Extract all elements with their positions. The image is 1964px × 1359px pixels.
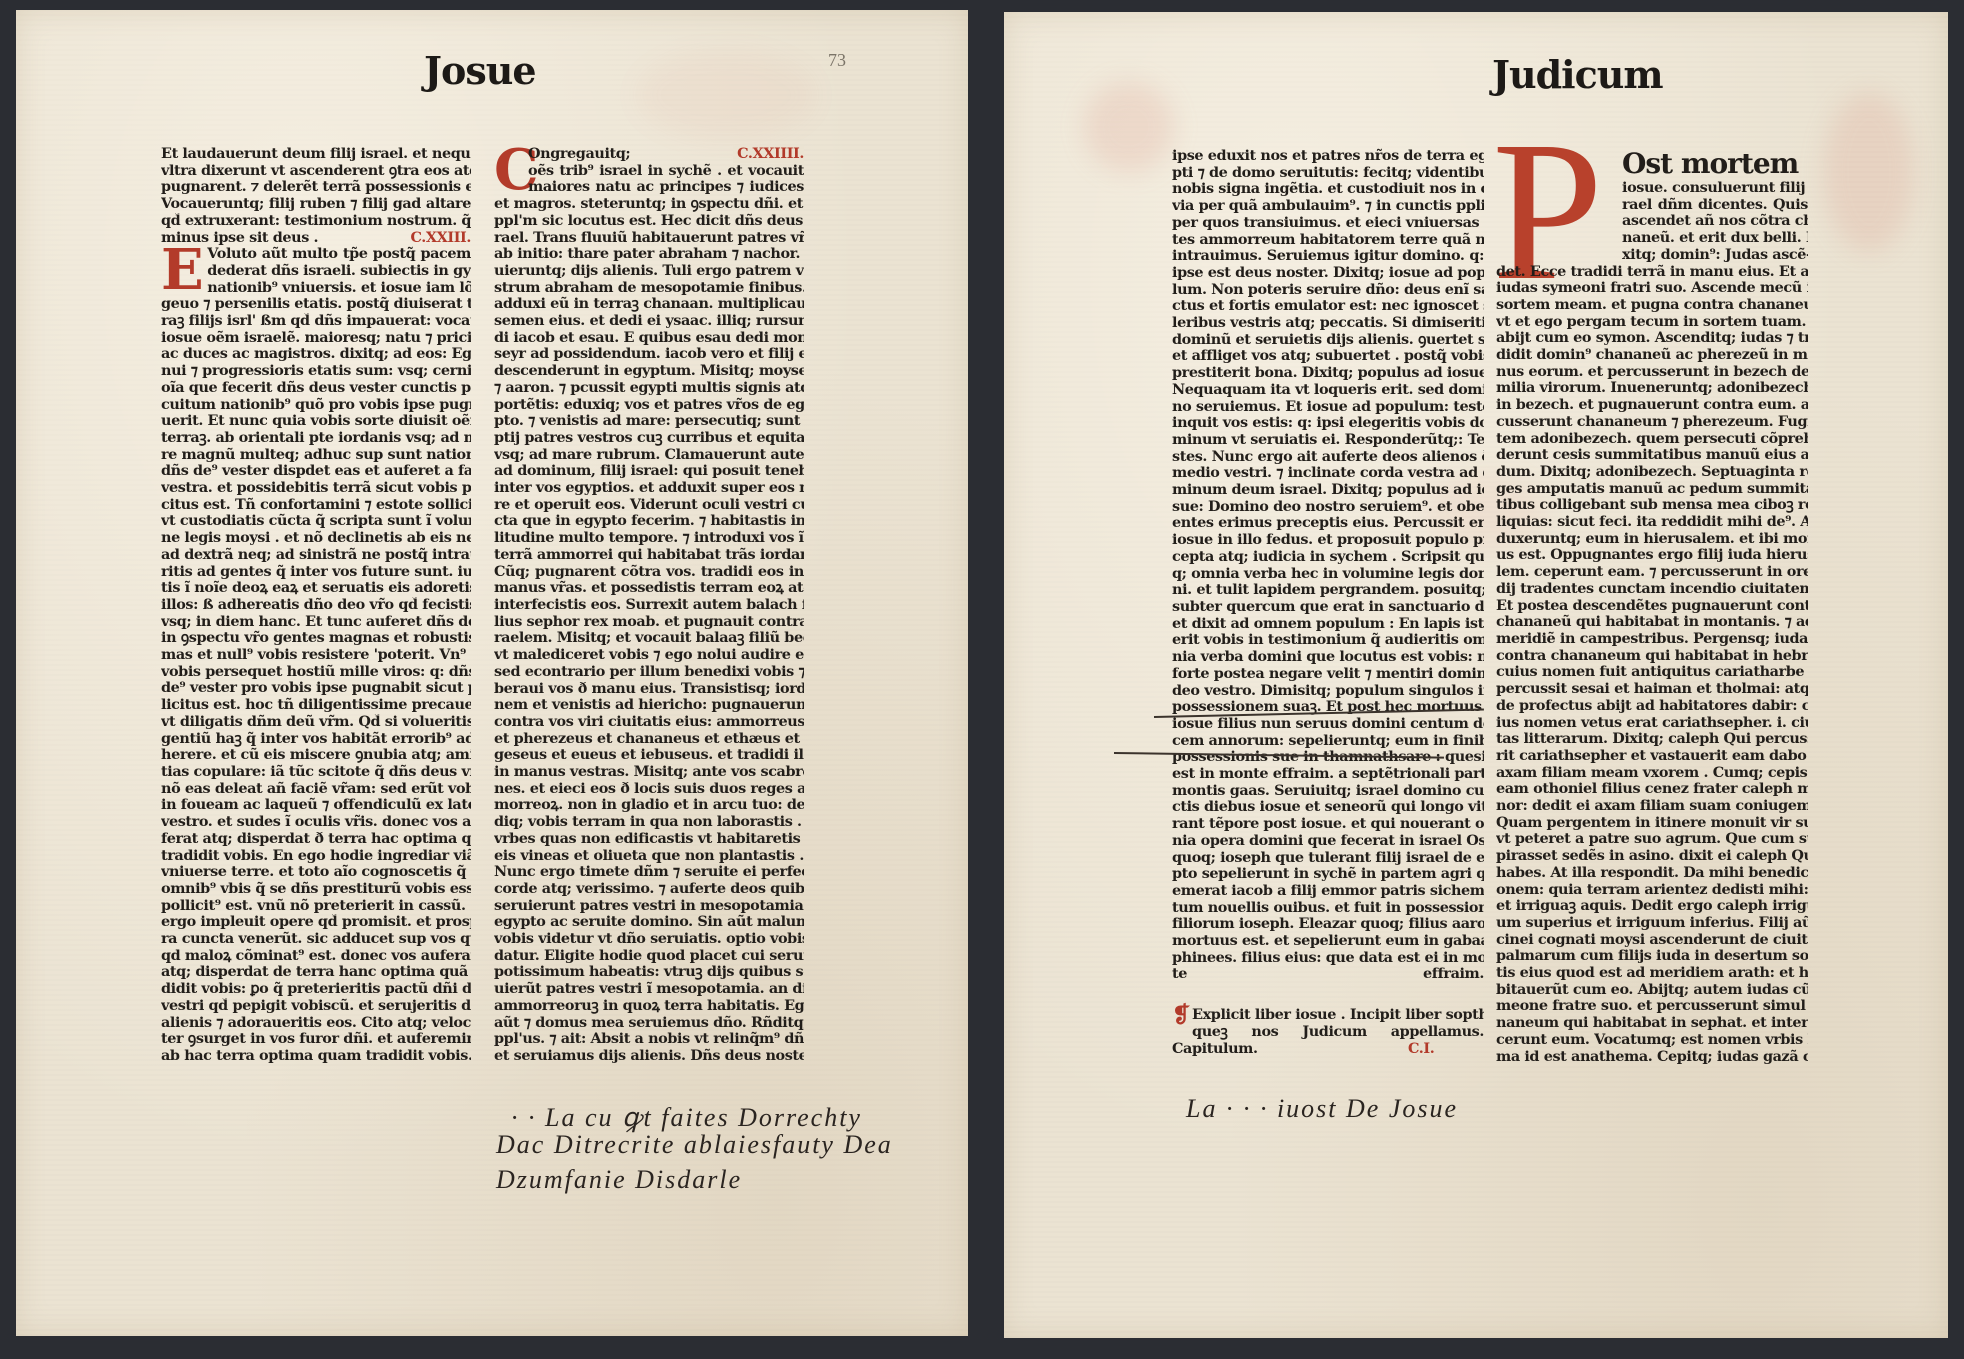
text-line: det. Ecce tradidi terrã in manu eius. Et…	[1496, 264, 1808, 281]
initial-letter-e: E	[161, 248, 203, 293]
text-line: derunt cesis summitatibus manuũ eius ac …	[1496, 447, 1808, 464]
text-line: meone fratre suo. et percusserunt simul …	[1496, 998, 1808, 1015]
text-line: in foueam ac laqueũ ⁊ offendiculũ ex lat…	[161, 797, 471, 814]
text-line: milia virorum. Inueneruntq; adonibezech.	[1496, 380, 1808, 397]
text-line: habes. At illa respondit. Da mihi benedi…	[1496, 865, 1808, 882]
text-line: eam othoniel filius cenez frater caleph …	[1496, 781, 1808, 798]
text-line: pirasset sedẽs in asino. dixit ei caleph…	[1496, 848, 1808, 865]
text-line: pti ⁊ de domo seruitutis: fecitq; vident…	[1172, 165, 1484, 182]
text-line: contra vos viri ciuitatis eius: ammorreu…	[494, 714, 804, 731]
text-line: ius nomen vetus erat cariathsepher. i. c…	[1496, 715, 1808, 732]
text-line: strum abraham de mesopotamie finibus. et	[494, 280, 804, 297]
text-line: medio vestri. ⁊ inclinate corda vestra a…	[1172, 465, 1484, 482]
text-line: ergo impleuit opere qd̃ promisit. et pro…	[161, 914, 471, 931]
text-line: deo vestro. Dimisitq; populum singulos i…	[1172, 683, 1484, 700]
text-line: potissimum habeatis: vtruꝫ dijs quibus s…	[494, 964, 804, 981]
text-line: nia verba domini que locutus est vobis: …	[1172, 649, 1484, 666]
text-line: vestri qd̃ pepigit vobiscũ. et serujerit…	[161, 998, 471, 1015]
text-line: eis vineas et oliueta que non plantastis…	[494, 848, 804, 865]
text-line: iosue. consuluerunt filij is-	[1622, 180, 1808, 197]
text-line: de profectus abijt ad habitatores dabir:…	[1496, 698, 1808, 715]
text-line: xitq; domin⁹: Judas ascẽ-	[1622, 247, 1808, 264]
text-line: duxeruntq; eum in hierusalem. et ibi mor…	[1496, 531, 1808, 548]
text-line: tias copulare: iã tũc scitote q̃ dñs deu…	[161, 764, 471, 781]
text-line: manus vr̃as. et possedistis terram eoꝝ a…	[494, 580, 804, 597]
text-line: didit vobis: ꝑo q̃ preterieritis pactũ d…	[161, 981, 471, 998]
text-line: cepta atq; iudicia in sychem . Scripsit …	[1172, 549, 1484, 566]
text-line: vt malediceret vobis ⁊ ego nolui audire …	[494, 647, 804, 664]
text-line: tas litterarum. Dixitq; caleph Qui percu…	[1496, 731, 1808, 748]
incipit-ost-mortem: Ost mortem	[1622, 148, 1808, 180]
text-line: stes. Nunc ergo ait auferte deos alienos…	[1172, 449, 1484, 466]
text-line: montis gaas. Seruiuitq; israel domino cu…	[1172, 783, 1484, 800]
text-line: emerat iacob a filij emmor patris sichem…	[1172, 883, 1484, 900]
text-line: contra chananeum qui habitabat in hebron	[1496, 648, 1808, 665]
text-line: pollicit⁹ est. vnũ nõ preterierit in cas…	[161, 898, 471, 915]
text-line: te effraim.	[1172, 966, 1484, 983]
text-line: morreoꝝ. non in gladio et in arcu tuo: d…	[494, 797, 804, 814]
chapter-xxiii-text: Voluto aũt multo tp̃e postq̃ pacemdedera…	[161, 246, 471, 1064]
text-line: gentiũ haꝫ q̃ inter vos habitãt errorib⁹…	[161, 731, 471, 748]
text-line: re magnũ multeq; adhuc sup sunt nationes	[161, 447, 471, 464]
text-line: ra cuncta venerũt. sic adducet sup vos q…	[161, 931, 471, 948]
text-line: seyr ad possidendum. iacob vero et filij…	[494, 346, 804, 363]
text-line: iosue oẽm israelẽ. maioresq; natu ⁊ pric…	[161, 330, 471, 347]
text-line: vestra. et possidebitis terrã sicut vobi…	[161, 480, 471, 497]
text-line: ab initio: thare pater abraham ⁊ nachor.…	[494, 246, 804, 263]
text-line: minum vt seruiatis ei. Responderũtq;: Te…	[1172, 432, 1484, 449]
text-line: ferat atq; disperdat ð terra hac optima …	[161, 831, 471, 848]
rubric-paraph-icon: ❡	[1172, 1007, 1190, 1025]
text-line: nor: dedit ei axam filiam suam coniugem.	[1496, 798, 1808, 815]
text-line: nes. et eieci eos ð locis suis duos rege…	[494, 781, 804, 798]
text-line: atq; disperdat de terra hanc optima quã …	[161, 964, 471, 981]
text-line: onem: quia terram arientez dedisti mihi:…	[1496, 882, 1808, 899]
text-line: cem annorum: sepelieruntq; eum in finibu…	[1172, 733, 1484, 750]
text-line: pto. ⁊ venistis ad mare: persecutiq; sun…	[494, 413, 804, 430]
explicit-block: ❡ Explicit liber iosue . Incipit liber s…	[1172, 1007, 1484, 1057]
text-line: iudas symeoni fratri suo. Ascende mecũ i…	[1496, 280, 1808, 297]
text-line: et seruiamus dijs alienis. Dñs deus nost…	[494, 1048, 804, 1065]
text-line: iosue in illo fedus. et proposuit populo…	[1172, 532, 1484, 549]
text-line: rant tẽpore post iosue. et qui nouerant …	[1172, 816, 1484, 833]
text-line: dij tradentes cunctam incendio ciuitatem…	[1496, 581, 1808, 598]
text-line: vt peteret a patre suo agrum. Que cum su…	[1496, 831, 1808, 848]
text-line: ritis ad gentes q̃ inter vos future sunt…	[161, 564, 471, 581]
text-line: forte postea negare velit ⁊ mentiri domi…	[1172, 666, 1484, 683]
text-line: lius sephor rex moab. et pugnauit contra…	[494, 614, 804, 631]
text-line: ter ꝯsurget in vos furor dñi. et auferem…	[161, 1031, 471, 1048]
text-line: terraꝫ. ab orientali pte iordanis vsq; a…	[161, 430, 471, 447]
text-line: rael dñm dicentes. Quis	[1622, 197, 1808, 214]
text-line: nõ eas deleat añ faciẽ vr̃am: sed erũt v…	[161, 781, 471, 798]
text-line: nui ⁊ progressioris etatis sum: vsq; cer…	[161, 363, 471, 380]
text-line: tis eius quod est ad meridiem arath: et …	[1496, 965, 1808, 982]
text-line: oĩa que fecerit dñs deus vester cunctis …	[161, 380, 471, 397]
text-line: quoq; ioseph que tulerant filij israel d…	[1172, 850, 1484, 867]
text-line: cusserunt chananeum ⁊ pherezeum. Fugit a…	[1496, 414, 1808, 431]
text-line: ipse eduxit nos et patres nr̃os de terra…	[1172, 148, 1484, 165]
text-line: meridiẽ in campestribus. Pergensq; iudas	[1496, 631, 1808, 648]
text-line: raꝫ filijs isrl' ßm qd̃ dñs impauerat: v…	[161, 313, 471, 330]
text-line: pto sepelierunt in sychẽ in partem agri …	[1172, 866, 1484, 883]
chapter-label-xxiiii: C.XXIIII.	[733, 146, 804, 163]
text-line: sed econtrario per illum benedixi vobis …	[494, 664, 804, 681]
text-line: in manus vestras. Misitq; ante vos scabr…	[494, 764, 804, 781]
text-line: abijt cum eo symon. Ascenditq; iudas ⁊ t…	[1496, 330, 1808, 347]
text-line: ptij patres vestros cuꝫ curribus et equi…	[494, 430, 804, 447]
text-line: tradidit vobis. En ego hodie ingrediar v…	[161, 848, 471, 865]
text-line: tes ammorreum habitatorem terre quã nos	[1172, 232, 1484, 249]
text-line: tibus colligebant sub mensa mea ciboꝫ re	[1496, 497, 1808, 514]
text-line: ni. et tulit lapidem pergrandem. posuitq…	[1172, 582, 1484, 599]
text-line: egypto ac seruite domino. Sin aũt malum	[494, 914, 804, 931]
text-line: via per quã ambulauim⁹. ⁊ in cunctis ppl…	[1172, 198, 1484, 215]
text-line: vt diligatis dñm deũ vr̃m. Qd̃ si voluer…	[161, 714, 471, 731]
text-line: in bezech. et pugnauerunt contra eum. ac…	[1496, 397, 1808, 414]
left-column-1: Et laudauerunt deum filij israel. et neq…	[161, 146, 471, 1065]
text-line: illos: ß adhereatis dño deo vr̃o qd̃ fec…	[161, 597, 471, 614]
initial-letter-c: C	[494, 148, 524, 193]
text-line: ppl'm sic locutus est. Hec dicit dñs deu…	[494, 213, 804, 230]
chapter-heading-row: minus ipse sit deus . C.XXIII.	[161, 230, 471, 247]
text-line: iosue filius nun seruus domini centum de…	[1172, 716, 1484, 733]
left-page-leaf: Josue 73 Et laudauerunt deum filij israe…	[16, 10, 968, 1336]
text-line: adduxi eũ in terraꝫ chanaan. multiplicau…	[494, 296, 804, 313]
text-line: tis ĩ noĩe deoꝝ eaꝝ et seruatis eis ador…	[161, 580, 471, 597]
text-line: queꝫ nos Judicum appellamus.	[1192, 1024, 1484, 1041]
text-line: raelem. Misitq; et vocauit balaaꝫ filiũ …	[494, 630, 804, 647]
handwriting-line: Dzumfanie Disdarle	[496, 1165, 742, 1195]
text-line: Vocaueruntq; filij ruben ⁊ filij gad alt…	[161, 196, 471, 213]
text-line: vsq; in diem hanc. Et tunc auferet dñs d…	[161, 614, 471, 631]
text-line: nationib⁹ vniuersis. et iosue iam lõ	[207, 280, 471, 297]
text-line: semen eius. et dedi ei ysaac. illiq; rur…	[494, 313, 804, 330]
text-line: prestiterit bona. Dixitq; populus ad ios…	[1172, 365, 1484, 382]
text-line: per quos transiuimus. et eieci vniuersas…	[1172, 215, 1484, 232]
text-line: naneum qui habitabat in sephat. et inter…	[1496, 1015, 1808, 1032]
text-line: mortuus est. et sepelierunt eum in gabaa…	[1172, 933, 1484, 950]
text-line: subter quercum que erat in sanctuario dñ…	[1172, 599, 1484, 616]
text-line: ac duces ac magistros. dixitq; ad eos: E…	[161, 346, 471, 363]
text-line: re et operuit eos. Viderunt oculi vestri…	[494, 497, 804, 514]
text-line: vrbes quas non edificastis vt habitareti…	[494, 831, 804, 848]
text-line: alienis ⁊ adoraueritis eos. Cito atq; ve…	[161, 1015, 471, 1032]
text-line: ctus et fortis emulator est: nec ignosce…	[1172, 298, 1484, 315]
text-line: cuius nomen fuit antiquitus cariatharbe …	[1496, 664, 1808, 681]
text-line: mas et null⁹ vobis resistere 'poterit. V…	[161, 647, 471, 664]
text-line: rael. Trans fluuiũ habitauerunt patres v…	[494, 230, 804, 247]
text-line: vobis persequet hostiũ mille viros: q: d…	[161, 664, 471, 681]
text-line: ipse est deus noster. Dixitq; iosue ad p…	[1172, 265, 1484, 282]
text-line: tum nouellis ouibus. et fuit in possessi…	[1172, 900, 1484, 917]
text-line: maiores natu ac principes ⁊ iudices	[528, 179, 804, 196]
text-line: omnib⁹ vbis q̃ se dñs prestiturũ vobis e…	[161, 881, 471, 898]
text-line: ctis diebus iosue et seneorũ qui longo v…	[1172, 799, 1484, 816]
left-column-2: C C.XXIIII. Ongregauitq; iosueoẽs trib⁹ …	[494, 146, 804, 1065]
text-line: rit cariathsepher et vastauerit eam dabo…	[1496, 748, 1808, 765]
text-line: cuitum nationib⁹ quõ pro vobis ipse pugn…	[161, 397, 471, 414]
text-line: Cũq; pugnarent cõtra vos. tradidi eos in	[494, 564, 804, 581]
text-line: q; omnia verba hec in volumine legis dom…	[1172, 566, 1484, 583]
text-line: citus est. Tñ confortamini ⁊ estote soll…	[161, 497, 471, 514]
text-line: Nunc ergo timete dñm ⁊ seruite ei perfec…	[494, 864, 804, 881]
text-line: axam filiam meam vxorem . Cumq; cepisset	[1496, 765, 1808, 782]
text-line: um superius et irriguum inferius. Filij …	[1496, 915, 1808, 932]
text-line: entes erimus preceptis eius. Percussit e…	[1172, 515, 1484, 532]
text-line: sortem meam. et pugna contra chananeum	[1496, 297, 1808, 314]
text-line: qd maloꝝ cõminat⁹ est. donec vos auferat	[161, 948, 471, 965]
text-line: Voluto aũt multo tp̃e postq̃ pacem	[207, 246, 471, 263]
running-head-josue: Josue	[424, 48, 536, 93]
text-line: pugnarent. ⁊ delerẽt terrã possessionis …	[161, 179, 471, 196]
text-line: cinei cognati moysi ascenderunt de ciuit…	[1496, 932, 1808, 949]
text-line: et pherezeus et chananeus et ethæus et g…	[494, 731, 804, 748]
text-line: ad dextrã neq; ad sinistrã ne postq̃ int…	[161, 547, 471, 564]
text-line: vestro. et sudes ĩ oculis vr̃is. donec v…	[161, 814, 471, 831]
text-line: lum. Non poteris seruire dño: deus enĩ s…	[1172, 282, 1484, 299]
text-line: Et laudauerunt deum filij israel. et neq…	[161, 146, 471, 163]
right-column-1: ipse eduxit nos et patres nr̃os de terra…	[1172, 148, 1484, 1057]
text-line: didit domin⁹ chananeũ ac pherezeũ in ma-	[1496, 347, 1808, 364]
text-line: ne legis moysi . et nõ declinetis ab eis…	[161, 530, 471, 547]
chapter-label-xxiii: C.XXIII.	[410, 230, 471, 247]
text-line: liquias: sicut feci. ita reddidit mihi d…	[1496, 514, 1808, 531]
text-line: vniuerse terre. et toto aĩo cognoscetis …	[161, 864, 471, 881]
text-line: chananeũ qui habitabat in montanis. ⁊ ad	[1496, 614, 1808, 631]
text-line: vltra dixerunt vt ascenderent ꝯtra eos a…	[161, 163, 471, 180]
judicum-chapter-i-text: iosue. consuluerunt filij is-rael dñm di…	[1496, 180, 1808, 1065]
text-line: Capitulum.	[1172, 1041, 1484, 1058]
text-line: corde atq; verissimo. ⁊ auferte deos qui…	[494, 881, 804, 898]
text-line: uerit. Et nunc quia vobis sorte diuisit …	[161, 413, 471, 430]
text-line: oẽs trib⁹ israel in sychẽ . et vocauit	[528, 163, 804, 180]
text-line: inter vos egyptios. et adduxit super eos…	[494, 480, 804, 497]
text-line: portẽtis: eduxiq; vos et patres vr̃os de…	[494, 397, 804, 414]
text-line: tem adonibezech. quem persecuti cõprehẽ	[1496, 431, 1808, 448]
text-line: dederat dñs israeli. subiectis in gyro	[207, 263, 471, 280]
text-line: bitauerũt cum eo. Abijtq; autem iudas cũ…	[1496, 982, 1808, 999]
text-line: diq; vobis terram in qua non laborastis …	[494, 814, 804, 831]
text-line: et dixit ad omnem populum : En lapis ist…	[1172, 616, 1484, 633]
text-line: litudine multo tempore. ⁊ introduxi vos …	[494, 530, 804, 547]
text-line: lem. ceperunt eam. ⁊ percusserunt in ore…	[1496, 564, 1808, 581]
text-line: vsq; ad mare rubrum. Clamauerunt autem	[494, 447, 804, 464]
text-line: geseus et eueus et iebuseus. et tradidi …	[494, 747, 804, 764]
text-line: uieruntq; dijs alienis. Tuli ergo patrem…	[494, 263, 804, 280]
text-line: palmarum cum filijs iuda in desertum sor…	[1496, 948, 1808, 965]
text-line: sue: Domino deo nostro seruiem⁹. et obed…	[1172, 499, 1484, 516]
running-head-judicum: Judicum	[1492, 52, 1663, 97]
text-line: et irriguaꝫ aquis. Dedit ergo caleph irr…	[1496, 898, 1808, 915]
text-line: intrauimus. Seruiemus igitur domino. q:	[1172, 248, 1484, 265]
text-line: ma id est anathema. Cepitq; iudas gazã c…	[1496, 1049, 1808, 1066]
text-line: nus eorum. et percusserunt in bezech dec…	[1496, 364, 1808, 381]
right-page-leaf: Judicum ipse eduxit nos et patres nr̃os …	[1004, 12, 1948, 1338]
text-line: vobis videtur vt dño seruiatis. optio vo…	[494, 931, 804, 948]
josue-conclusion-text: ipse eduxit nos et patres nr̃os de terra…	[1172, 148, 1484, 983]
text-line: nem et venistis ad hiericho: pugnauerunt…	[494, 697, 804, 714]
explicit-text: Explicit liber iosue . Incipit liber sop…	[1172, 1007, 1484, 1057]
text-line: ad dominum, filij israel: qui posuit ten…	[494, 463, 804, 480]
text-line: ges amputatis manuũ ac pedum summita	[1496, 481, 1808, 498]
text-line: erit vobis in testimonium q̃ audieritis …	[1172, 632, 1484, 649]
text-line: in ꝯspectu vr̃o gentes magnas et robusti…	[161, 630, 471, 647]
text-line: cta que in egypto fecerim. ⁊ habitastis …	[494, 513, 804, 530]
right-column-2: Ost mortem iosue. consuluerunt filij is-…	[1496, 148, 1808, 1065]
text-line: ab hac terra optima quam tradidit vobis.	[161, 1048, 471, 1065]
text-line: Et postea descendẽtes pugnauerunt contra	[1496, 598, 1808, 615]
text-line: de⁹ vester pro vobis ipse pugnabit sicut…	[161, 680, 471, 697]
text-line: inquit vos estis: q: ipsi elegeritis vob…	[1172, 415, 1484, 432]
text-line: herere. et cũ eis miscere ꝯnubia atq; am…	[161, 747, 471, 764]
text-line: no seruiemus. Et iosue ad populum: teste…	[1172, 399, 1484, 416]
chapter-label-i: C.I.	[1408, 1041, 1434, 1058]
text-line: qd̃ extruxerant: testimonium nostrum. q̃…	[161, 213, 471, 230]
text-line: Nequaquam ita vt loqueris erit. sed domi	[1172, 382, 1484, 399]
text-line: nobis signa ingẽtia. et custodiuit nos i…	[1172, 181, 1484, 198]
text-line: datur. Eligite hodie quod placet cui ser…	[494, 948, 804, 965]
text-line: dominũ et seruietis dijs alienis. ꝯuerte…	[1172, 332, 1484, 349]
text-line: di iacob et esau. E quibus esau dedi mon…	[494, 330, 804, 347]
text-line: Explicit liber iosue . Incipit liber sop…	[1192, 1007, 1484, 1024]
text-line: phinees. filius eius: que data est ei in…	[1172, 950, 1484, 967]
text-line: descenderunt in egyptum. Misitq; moysen	[494, 363, 804, 380]
text-line: ppl'us. ⁊ ait: Absit a nobis vt relinq̃m…	[494, 1031, 804, 1048]
text-line: dñs de⁹ vester dispdet eas et auferet a …	[161, 463, 471, 480]
text-line: ascendet añ nos cõtra cha	[1622, 213, 1808, 230]
chapter-xxiiii-text: Ongregauitq; iosueoẽs trib⁹ israel in sy…	[494, 146, 804, 1065]
folio-number: 73	[828, 50, 846, 71]
text-line: ammorreoruꝫ in quoꝝ terra habitatis. Ego	[494, 998, 804, 1015]
text-line: est in monte effraim. a septẽtrionali pa…	[1172, 766, 1484, 783]
text-line: licitus est. hoc tñ diligentissime preca…	[161, 697, 471, 714]
text-line: Quam pergentem in itinere monuit vir su-	[1496, 815, 1808, 832]
text-line: naneũ. et erit dux belli. Di	[1622, 230, 1808, 247]
text-line: percussit sesai et haiman et tholmai: at…	[1496, 681, 1808, 698]
column-text-before-chapter: Et laudauerunt deum filij israel. et neq…	[161, 146, 471, 230]
text-line: aũt ⁊ domus mea seruiemus dño. Rñditq;	[494, 1015, 804, 1032]
text-line: vt custodiatis cũcta q̃ scripta sunt ĩ v…	[161, 513, 471, 530]
text-line: us est. Oppugnantes ergo filij iuda hier…	[1496, 547, 1808, 564]
text-line: uierũt patres vestri ĩ mesopotamia. an d…	[494, 981, 804, 998]
text-line: nia opera domini que fecerat in israel O…	[1172, 833, 1484, 850]
text-line: terrã ammorrei qui habitabat trãs iordan…	[494, 547, 804, 564]
text-line: beraui vos ð manu eius. Transistisq; ior…	[494, 681, 804, 698]
handwriting-josue-note: La · · · iuost De Josue	[1186, 1094, 1458, 1124]
text-line: ⁊ aaron. ⁊ pcussit egypti multis signis …	[494, 380, 804, 397]
text-line: seruierunt patres vestri in mesopotamia …	[494, 898, 804, 915]
text-line: et magros. steteruntq; in ꝯspectu dñi. e…	[494, 196, 804, 213]
text-line: interfecistis eos. Surrexit autem balach…	[494, 597, 804, 614]
text-line: et affliget vos atq; subuertet . postq̃ …	[1172, 348, 1484, 365]
handwriting-line: · · La cu ꝙt faites Dorrechty	[511, 1098, 862, 1134]
text-line: geuo ⁊ persenilis etatis. postq̃ diuiser…	[161, 296, 471, 313]
handwriting-line: Dac Ditrecrite ablaiesfauty Dea	[496, 1130, 893, 1160]
text-line: vt et ego pergam tecum in sortem tuam. E…	[1496, 314, 1808, 331]
text-line: leribus vestris atq; peccatis. Si dimise…	[1172, 315, 1484, 332]
text-line: dum. Dixitq; adonibezech. Septuaginta re	[1496, 464, 1808, 481]
text-line: cerunt eum. Vocatumq; est nomen vrbis ho…	[1496, 1032, 1808, 1049]
text-line: minum deum israel. Dixitq; populus ad io…	[1172, 482, 1484, 499]
text-line: filiorum ioseph. Eleazar quoq; filius aa…	[1172, 916, 1484, 933]
